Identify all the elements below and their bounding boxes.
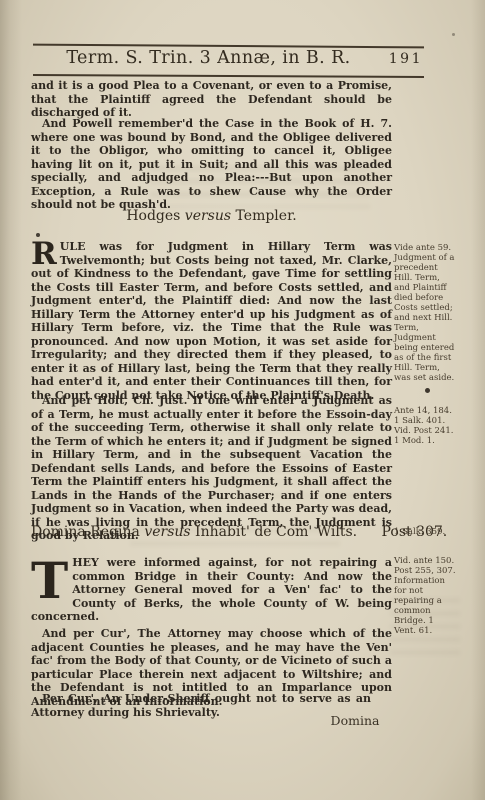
ink-speck bbox=[36, 233, 40, 237]
header-rule-bottom bbox=[33, 74, 424, 78]
powell-case-paragraph: And Powell remember'd the Case in the Bo… bbox=[31, 117, 392, 212]
case1-versus: versus bbox=[185, 208, 231, 224]
catchword: Domina bbox=[300, 713, 410, 728]
case-heading-regina-v-wilts: Domina Regina versus Inhabit' de Com' Wi… bbox=[31, 524, 392, 540]
case2-party-right: Inhabit' de Com' Wilts. bbox=[195, 524, 357, 540]
margin-note-information-bridge: Vid. ante 150. Post 255, 307. Informatio… bbox=[394, 556, 458, 636]
page-number: 191 bbox=[389, 51, 423, 67]
running-header: Term. S. Trin. 3 Annæ, in B. R. 191 bbox=[33, 47, 424, 73]
information-paragraph: THEY were informed against, for not repa… bbox=[31, 556, 392, 624]
running-header-title: Term. S. Trin. 3 Annæ, in B. R. bbox=[33, 48, 384, 68]
ink-speck bbox=[425, 388, 430, 393]
case1-party-left: Hodges bbox=[126, 208, 180, 224]
book-page: Term. S. Trin. 3 Annæ, in B. R. 191 and … bbox=[0, 0, 485, 800]
rule-paragraph-text: ULE was for Judgment in Hillary Term was… bbox=[31, 240, 392, 402]
continuation-paragraph: and it is a good Plea to a Covenant, or … bbox=[31, 79, 392, 120]
ink-speck bbox=[452, 33, 455, 36]
drop-cap-initial-r: R bbox=[31, 241, 57, 266]
rule-for-judgment-paragraph: RULE was for Judgment in Hillary Term wa… bbox=[31, 240, 392, 402]
drop-cap-initial-t: T bbox=[31, 558, 68, 608]
case2-versus: versus bbox=[144, 524, 190, 540]
information-paragraph-text: HEY were informed against, for not repai… bbox=[31, 556, 392, 623]
holt-cj-paragraph: And per Holt, Ch. Just. If one will ente… bbox=[31, 394, 392, 543]
margin-note-vide-ante: Vide ante 59. Judgment of a precedent Hi… bbox=[394, 243, 458, 383]
case-heading-hodges-v-templer: Hodges versus Templer. bbox=[31, 208, 392, 224]
margin-note-citations: Ante 14, 184. 1 Salk. 401. Vid. Post 241… bbox=[394, 406, 458, 446]
case1-party-right: Templer. bbox=[236, 208, 297, 224]
margin-note-salkeld: 1 Salk. 359. bbox=[394, 527, 458, 537]
case2-party-left: Domina Regina bbox=[31, 524, 140, 540]
